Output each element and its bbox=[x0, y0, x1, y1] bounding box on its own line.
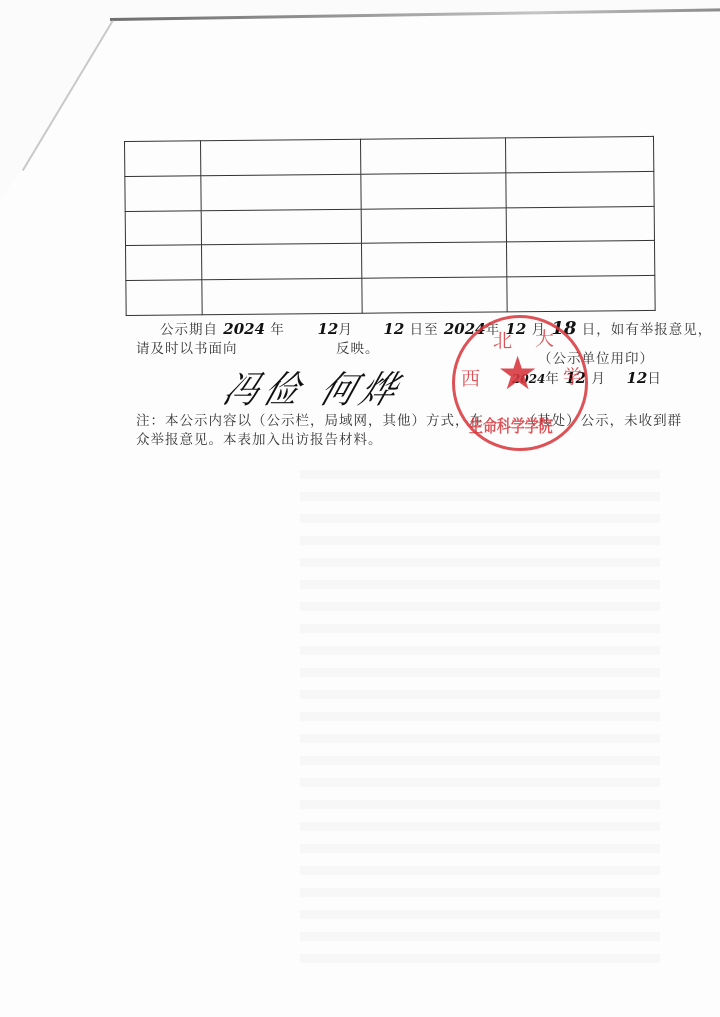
note-line-2: 众举报意见。本表加入出访报告材料。 bbox=[136, 428, 383, 448]
table-cell bbox=[507, 276, 655, 312]
handwritten-signature: 冯俭 何烨 bbox=[217, 360, 411, 414]
table-cell bbox=[506, 206, 654, 242]
bleed-through-shadow bbox=[300, 470, 660, 970]
seal-department: 生命科学学院 bbox=[469, 412, 553, 437]
year-label: 年 bbox=[270, 322, 285, 338]
table-cell bbox=[125, 141, 201, 177]
month-label: 月 bbox=[338, 322, 353, 338]
table-cell bbox=[201, 209, 361, 245]
blank-table bbox=[124, 136, 656, 316]
table-cell bbox=[125, 210, 201, 246]
table-cell bbox=[361, 242, 507, 278]
table-cell bbox=[506, 136, 654, 172]
period-suffix: 日，如有举报意见， bbox=[582, 322, 713, 338]
report-instruction: 请及时以书面向 bbox=[136, 341, 238, 357]
table-cell bbox=[202, 278, 362, 314]
table-cell bbox=[125, 176, 201, 212]
table-cell bbox=[126, 245, 202, 281]
note-line-1: 注：本公示内容以（公示栏，局域网，其他）方式，在 （其处）公示，未收到群 bbox=[136, 409, 682, 429]
table-row bbox=[125, 206, 654, 246]
start-month: 12 bbox=[317, 320, 338, 338]
table-cell bbox=[126, 280, 202, 316]
table-row bbox=[126, 276, 655, 316]
seal-char-4: 学 bbox=[563, 362, 582, 389]
seal-month-label: 月 bbox=[591, 371, 606, 387]
table-cell bbox=[201, 174, 361, 210]
seal-day: 12 bbox=[626, 369, 647, 387]
table-cell bbox=[200, 139, 360, 175]
star-icon: ★ bbox=[497, 350, 538, 396]
seal-day-label: 日 bbox=[647, 371, 662, 387]
table-cell bbox=[360, 138, 506, 174]
day-to-label: 日至 bbox=[410, 322, 439, 338]
notice-period-line: 公示期自 2024 年 12月 12 日至 2024年 12 月 18 日，如有… bbox=[160, 318, 712, 339]
report-instruction-end: 反映。 bbox=[336, 341, 380, 357]
table-cell bbox=[360, 173, 506, 209]
official-red-seal: 西 北 大 学 ★ 生命科学学院 bbox=[452, 315, 588, 451]
table-cell bbox=[506, 171, 654, 207]
start-year: 2024 bbox=[223, 320, 265, 338]
table-row bbox=[125, 171, 654, 211]
table-cell bbox=[361, 277, 507, 313]
table-row bbox=[126, 241, 655, 281]
table-row bbox=[125, 136, 654, 176]
note-text-a: 注：本公示内容以（公示栏，局域网，其他）方式，在 bbox=[136, 413, 484, 429]
table-cell bbox=[507, 241, 655, 277]
notice-period-line-2: 请及时以书面向 bbox=[136, 337, 238, 357]
notice-period-line-2b: 反映。 bbox=[336, 337, 380, 357]
start-day: 12 bbox=[383, 320, 404, 338]
table-cell bbox=[361, 207, 507, 243]
table-cell bbox=[201, 244, 361, 280]
period-prefix: 公示期自 bbox=[160, 322, 218, 338]
seal-char-1: 西 bbox=[461, 364, 480, 391]
